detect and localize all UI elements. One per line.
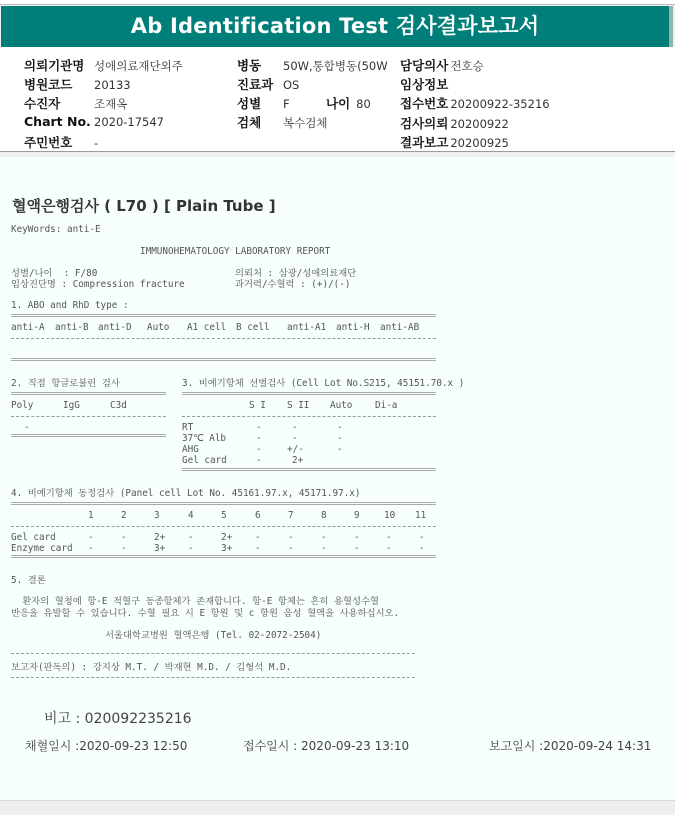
- panel-header: 4: [188, 510, 194, 521]
- rule: [11, 358, 436, 361]
- panel-cell: -: [386, 532, 392, 543]
- panel-cell: -: [288, 543, 294, 554]
- panel-cell: -: [354, 532, 360, 543]
- rule: [11, 434, 166, 437]
- info-report-date: 결과보고20200925: [400, 133, 509, 151]
- panel-header: 3: [154, 510, 160, 521]
- screen-header-s2: S II: [287, 400, 309, 411]
- panel-cell: -: [419, 532, 425, 543]
- rule: [182, 416, 436, 417]
- diagnosis: 임상진단명 : Compression fracture: [11, 279, 185, 290]
- info-patient-name: 수진자조재옥: [24, 94, 127, 112]
- panel-cell: -: [255, 543, 261, 554]
- info-resident-no: 주민번호-: [24, 133, 98, 151]
- rule: [182, 468, 436, 471]
- dat-header-c3d: C3d: [110, 400, 127, 411]
- panel-cell: -: [321, 543, 327, 554]
- collected-datetime: 채혈일시 :2020-09-23 12:50: [25, 737, 187, 754]
- info-institution: 의뢰기관명성애의료재단외주: [24, 56, 183, 74]
- sex-age: 성별/나이 : F/80: [11, 268, 97, 279]
- rule: [11, 526, 436, 527]
- report-bottom-edge: [0, 800, 675, 801]
- screen-cell: -: [337, 444, 343, 455]
- rule: [11, 502, 436, 505]
- panel-cell: -: [255, 532, 261, 543]
- blood-bank-contact: 서울대학교병원 혈액은행 (Tel. 02-2072-2504): [105, 630, 321, 641]
- screen-cell: -: [256, 455, 262, 466]
- panel-cell: -: [288, 532, 294, 543]
- abo-header-anti-h: anti-H: [336, 322, 370, 333]
- panel-cell: 3+: [221, 543, 232, 554]
- title-bar-edge: [669, 6, 673, 47]
- panel-cell: -: [354, 543, 360, 554]
- rule: [182, 392, 436, 395]
- patient-info-panel: 의뢰기관명성애의료재단외주 병원코드20133 수진자조재옥 Chart No.…: [0, 47, 675, 152]
- info-doctor: 담당의사전호승: [400, 56, 484, 74]
- referrer: 의뢰처 : 삼광/성애의료재단: [235, 268, 356, 279]
- section4-title: 4. 비예기항체 동정검사 (Panel cell Lot No. 45161.…: [11, 488, 361, 499]
- info-age: 나이80: [326, 94, 371, 112]
- panel-row-label: Enzyme card: [11, 543, 73, 554]
- screen-header-s1: S I: [249, 400, 266, 411]
- abo-header-auto: Auto: [147, 322, 169, 333]
- received-datetime: 접수일시 : 2020-09-23 13:10: [243, 737, 409, 754]
- section5-title: 5. 결론: [11, 575, 46, 586]
- rule: [11, 677, 415, 678]
- report-body: 혈액은행검사 ( L70 ) [ Plain Tube ] KeyWords: …: [0, 157, 675, 801]
- screen-header-auto: Auto: [330, 400, 352, 411]
- panel-header: 2: [121, 510, 127, 521]
- screen-cell: -: [256, 433, 262, 444]
- panel-header: 5: [221, 510, 227, 521]
- panel-cell: -: [419, 543, 425, 554]
- conclusion-line-1: 환자의 혈청에 항-E 적혈구 동종항체가 존재합니다. 항-E 항체는 흔히 …: [11, 596, 379, 607]
- info-sex: 성별F: [237, 94, 290, 112]
- section3-title: 3. 비예기항체 선별검사 (Cell Lot No.S215, 45151.7…: [182, 378, 464, 389]
- panel-header: 7: [288, 510, 294, 521]
- panel-header: 9: [354, 510, 360, 521]
- screen-cell: -: [337, 433, 343, 444]
- info-specimen: 검체복수검체: [237, 113, 327, 131]
- screen-row-label: AHG: [182, 444, 199, 455]
- screen-header-di-a: Di-a: [375, 400, 397, 411]
- info-clinical-info: 임상정보: [400, 75, 454, 93]
- rule: [11, 555, 436, 558]
- rule: [11, 314, 436, 317]
- panel-row-label: Gel card: [11, 532, 56, 543]
- reporters: 보고자(판독의) : 강지상 M.T. / 박재현 M.D. / 김형석 M.D…: [11, 662, 291, 673]
- panel-cell: -: [88, 543, 94, 554]
- remark: 비고 : 020092235216: [44, 708, 192, 728]
- transfusion-history: 과거력/수혈력 : (+)/(-): [235, 279, 350, 290]
- panel-cell: -: [121, 532, 127, 543]
- panel-header: 1: [88, 510, 94, 521]
- screen-cell: -: [256, 422, 262, 433]
- info-receipt-no: 접수번호20200922-35216: [400, 94, 550, 112]
- keywords: KeyWords: anti-E: [11, 224, 101, 235]
- panel-cell: -: [188, 543, 194, 554]
- abo-header-anti-a: anti-A: [11, 322, 45, 333]
- panel-cell: -: [188, 532, 194, 543]
- screen-cell: -: [292, 422, 298, 433]
- dat-header-igg: IgG: [63, 400, 80, 411]
- conclusion-line-2: 반응을 유발할 수 있습니다. 수혈 필요 시 E 항원 및 c 항원 음성 혈…: [11, 608, 399, 619]
- rule: [11, 392, 166, 395]
- panel-cell: -: [121, 543, 127, 554]
- info-chart-no: Chart No.2020-17547: [24, 114, 164, 129]
- screen-cell: 2+: [292, 455, 303, 466]
- screen-cell: +/-: [287, 444, 304, 455]
- lab-report-title: IMMUNOHEMATOLOGY LABORATORY REPORT: [140, 246, 330, 257]
- section1-title: 1. ABO and RhD type :: [11, 300, 129, 311]
- abo-header-a1-cell: A1 cell: [187, 322, 226, 333]
- screen-row-label: Gel card: [182, 455, 227, 466]
- panel-cell: -: [88, 532, 94, 543]
- panel-header: 8: [321, 510, 327, 521]
- reported-datetime: 보고일시 :2020-09-24 14:31: [489, 737, 651, 754]
- screen-cell: -: [337, 422, 343, 433]
- report-title-bar: Ab Identification Test 검사결과보고서: [1, 6, 669, 47]
- test-heading: 혈액은행검사 ( L70 ) [ Plain Tube ]: [12, 195, 276, 216]
- panel-cell: 2+: [221, 532, 232, 543]
- rule: [11, 653, 415, 654]
- panel-cell: -: [386, 543, 392, 554]
- panel-header: 11: [415, 510, 426, 521]
- section2-title: 2. 직접 항글로불린 검사: [11, 378, 120, 389]
- rule: [11, 416, 166, 417]
- abo-header-anti-d: anti-D: [98, 322, 132, 333]
- info-ward: 병동50W,통합병동(50W: [237, 56, 388, 74]
- panel-cell: 2+: [154, 532, 165, 543]
- info-department: 진료과OS: [237, 75, 299, 93]
- screen-cell: -: [256, 444, 262, 455]
- panel-cell: 3+: [154, 543, 165, 554]
- abo-header-b-cell: B cell: [236, 322, 270, 333]
- panel-header: 10: [384, 510, 395, 521]
- screen-row-label: 37℃ Alb: [182, 433, 226, 444]
- info-hospital-code: 병원코드20133: [24, 75, 131, 93]
- dat-value-poly: -: [24, 422, 30, 433]
- panel-header: 6: [255, 510, 261, 521]
- abo-header-anti-ab: anti-AB: [380, 322, 419, 333]
- rule: [11, 338, 436, 339]
- abo-header-anti-b: anti-B: [55, 322, 89, 333]
- panel-cell: -: [321, 532, 327, 543]
- screen-row-label: RT: [182, 422, 193, 433]
- dat-header-poly: Poly: [11, 400, 33, 411]
- abo-header-anti-a1: anti-A1: [287, 322, 326, 333]
- info-request-date: 검사의뢰20200922: [400, 114, 509, 132]
- window-top-edge: [0, 0, 675, 5]
- screen-cell: -: [292, 433, 298, 444]
